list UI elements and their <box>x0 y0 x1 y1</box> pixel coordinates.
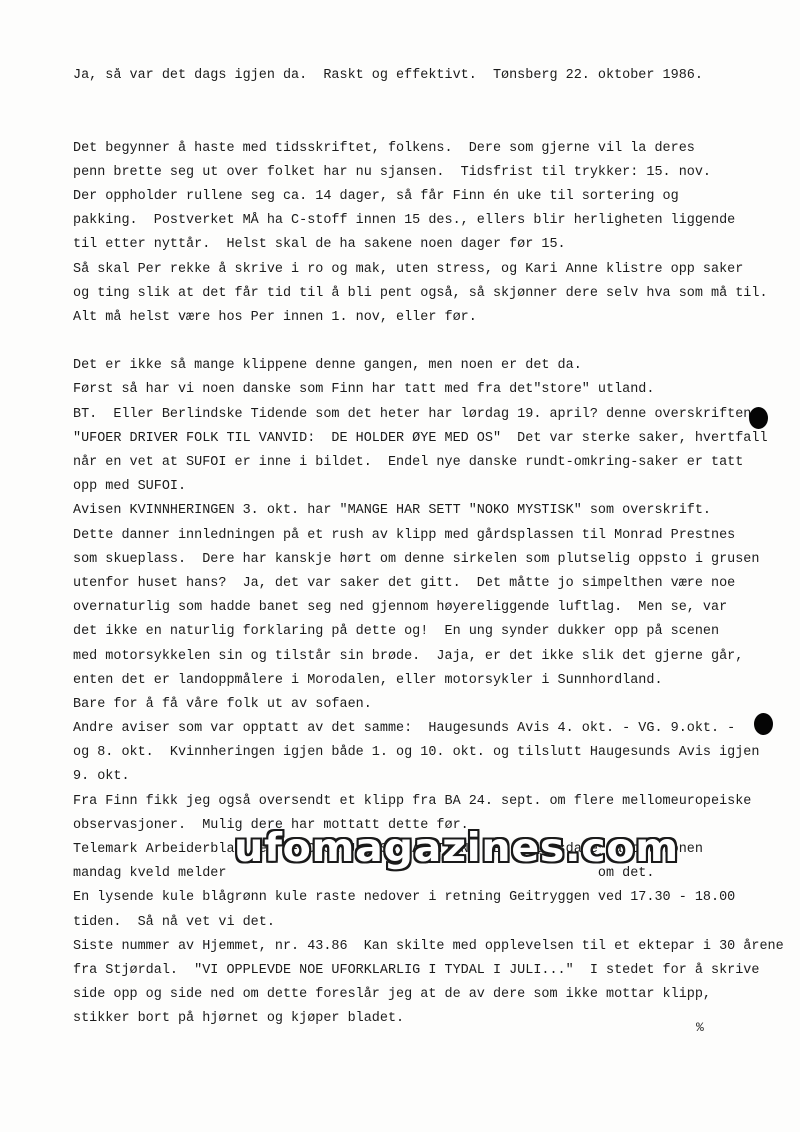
text-line: side opp og side ned om dette foreslår j… <box>73 983 784 1007</box>
watermark: ufomagazines.com <box>234 829 679 869</box>
punch-hole <box>754 713 773 735</box>
text-line: Det er ikke så mange klippene denne gang… <box>73 354 784 378</box>
text-line: og ting slik at det får tid til å bli pe… <box>73 282 784 306</box>
text-line: En lysende kule blågrønn kule raste nedo… <box>73 886 784 910</box>
blank-line <box>73 88 784 112</box>
text-line: utenfor huset hans? Ja, det var saker de… <box>73 572 784 596</box>
text-line: enten det er landoppmålere i Morodalen, … <box>73 669 784 693</box>
text-line: 9. okt. <box>73 765 784 789</box>
text-line: fra Stjørdal. "VI OPPLEVDE NOE UFORKLARL… <box>73 959 784 983</box>
text-line: Dette danner innledningen på et rush av … <box>73 524 784 548</box>
blank-line <box>73 112 784 136</box>
text-line: Andre aviser som var opptatt av det samm… <box>73 717 784 741</box>
text-line: Så skal Per rekke å skrive i ro og mak, … <box>73 258 784 282</box>
page-mark: % <box>696 1020 704 1035</box>
text-line: pakking. Postverket MÅ ha C-stoff innen … <box>73 209 784 233</box>
text-line: opp med SUFOI. <box>73 475 784 499</box>
text-line: penn brette seg ut over folket har nu sj… <box>73 161 784 185</box>
text-line: Siste nummer av Hjemmet, nr. 43.86 Kan s… <box>73 935 784 959</box>
text-line: Ja, så var det dags igjen da. Raskt og e… <box>73 64 784 88</box>
blank-line <box>73 330 784 354</box>
text-line: BT. Eller Berlindske Tidende som det het… <box>73 403 784 427</box>
text-line: Avisen KVINNHERINGEN 3. okt. har "MANGE … <box>73 499 784 523</box>
text-line: overnaturlig som hadde banet seg ned gje… <box>73 596 784 620</box>
text-line: med motorsykkelen sin og tilstår sin brø… <box>73 645 784 669</box>
text-line: og 8. okt. Kvinnheringen igjen både 1. o… <box>73 741 784 765</box>
text-line: Bare for å få våre folk ut av sofaen. <box>73 693 784 717</box>
text-line: Først så har vi noen danske som Finn har… <box>73 378 784 402</box>
text-line: til etter nyttår. Helst skal de ha saken… <box>73 233 784 257</box>
punch-hole <box>749 407 768 429</box>
text-line: "UFOER DRIVER FOLK TIL VANVID: DE HOLDER… <box>73 427 784 451</box>
text-line: Alt må helst være hos Per innen 1. nov, … <box>73 306 784 330</box>
text-line: når en vet at SUFOI er inne i bildet. En… <box>73 451 784 475</box>
text-line: som skueplass. Dere har kanskje hørt om … <box>73 548 784 572</box>
text-line: det ikke en naturlig forklaring på dette… <box>73 620 784 644</box>
text-line: Fra Finn fikk jeg også oversendt et klip… <box>73 790 784 814</box>
text-line: Det begynner å haste med tidsskriftet, f… <box>73 137 784 161</box>
text-line: Der oppholder rullene seg ca. 14 dager, … <box>73 185 784 209</box>
scanned-page: Ja, så var det dags igjen da. Raskt og e… <box>0 0 800 1132</box>
typewritten-letter: Ja, så var det dags igjen da. Raskt og e… <box>73 64 784 1032</box>
text-line: stikker bort på hjørnet og kjøper bladet… <box>73 1007 784 1031</box>
text-line: tiden. Så nå vet vi det. <box>73 911 784 935</box>
